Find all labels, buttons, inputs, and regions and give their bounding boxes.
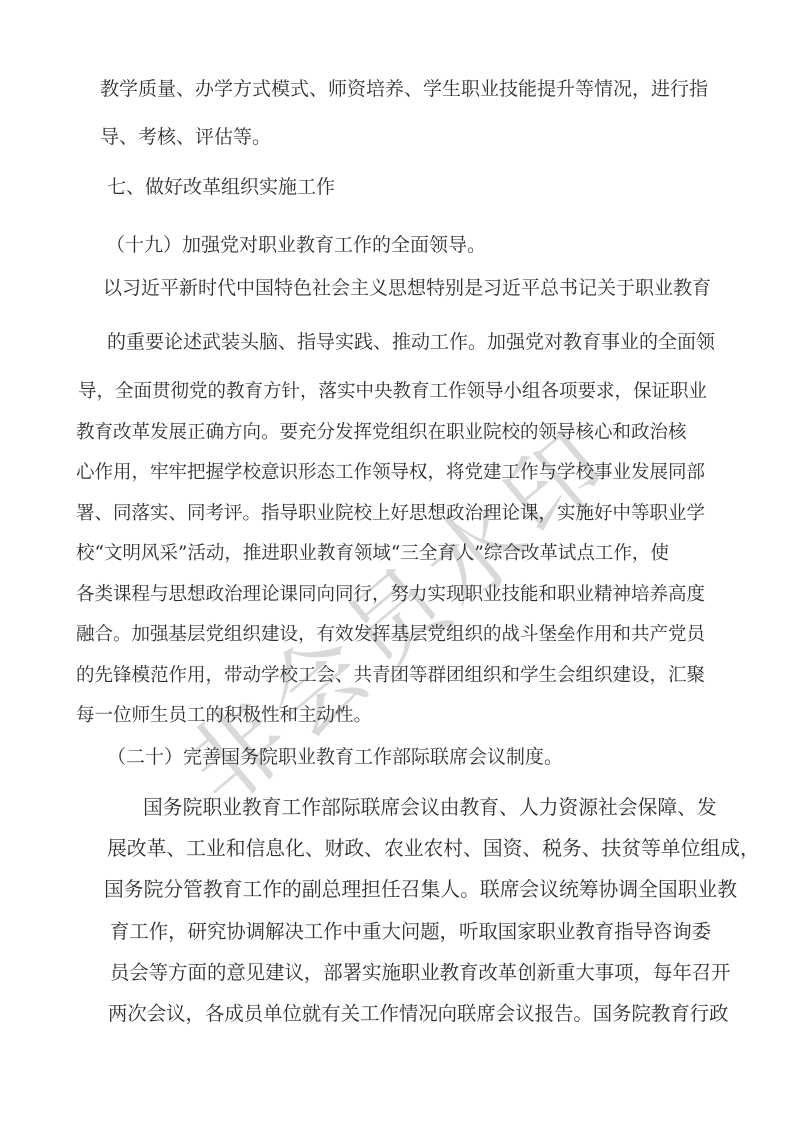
- body-line: 融合。加强基层党组织建设，有效发挥基层党组织的战斗堡垒作用和共产党员: [76, 626, 705, 645]
- body-line: 每一位师生员工的积极性和主动性。: [76, 707, 372, 726]
- body-line: 国务院职业教育工作部际联席会议由教育、人力资源社会保障、发: [143, 798, 717, 818]
- body-line: 以习近平新时代中国特色社会主义思想特别是习近平总书记关于职业教育: [103, 279, 711, 298]
- non-member-watermark: 非会员水印: [136, 379, 653, 844]
- section-heading: 七、做好改革组织实施工作: [107, 178, 335, 197]
- body-line: 两次会议，各成员单位就有关工作情况向联席会议报告。国务院教育行政: [108, 1004, 729, 1023]
- body-line: 教育改革发展正确方向。要充分发挥党组织在职业院校的领导核心和政治核: [76, 424, 687, 443]
- body-line: 展改革、工业和信息化、财政、农业农村、国资、税务、扶贫等单位组成，: [107, 839, 760, 859]
- body-line: 育工作，研究协调解决工作中重大问题，听取国家职业教育指导咨询委: [110, 922, 711, 941]
- body-line: 心作用，牢牢把握学校意识形态工作领导权，将党建工作与学校事业发展同部: [76, 464, 705, 483]
- body-line: 的重要论述武装头脑、指导实践、推动工作。加强党对教育事业的全面领: [107, 333, 715, 352]
- body-line: 员会等方面的意见建议，部署实施职业教育改革创新重大事项，每年召开: [110, 963, 731, 982]
- body-line: 署、同落实、同考评。指导职业院校上好思想政治理论课，实施好中等职业学: [76, 505, 705, 524]
- clause-heading-20: （二十）完善国务院职业教育工作部际联席会议制度。: [107, 748, 563, 767]
- clause-heading-19: （十九）加强党对职业教育工作的全面领导。: [106, 236, 486, 255]
- body-line: 各类课程与思想政治理论课同向同行，努力实现职业技能和职业精神培养高度: [76, 586, 705, 605]
- body-line: 导、考核、评估等。: [100, 128, 271, 147]
- body-line: 校“文明风采”活动，推进职业教育领域“三全育人”综合改革试点工作，使: [76, 545, 669, 564]
- body-line: 导，全面贯彻党的教育方针，落实中央教育工作领导小组各项要求，保证职业: [78, 383, 707, 402]
- body-line: 国务院分管教育工作的副总理担任召集人。联席会议统筹协调全国职业教: [104, 880, 737, 900]
- body-line: 的先锋模范作用，带动学校工会、共青团等群团组织和学生会组织建设，汇聚: [76, 667, 705, 686]
- document-page: 非会员水印 教学质量、办学方式模式、师资培养、学生职业技能提升等情况，进行指 导…: [0, 0, 794, 1123]
- body-line: 教学质量、办学方式模式、师资培养、学生职业技能提升等情况，进行指: [100, 80, 708, 99]
